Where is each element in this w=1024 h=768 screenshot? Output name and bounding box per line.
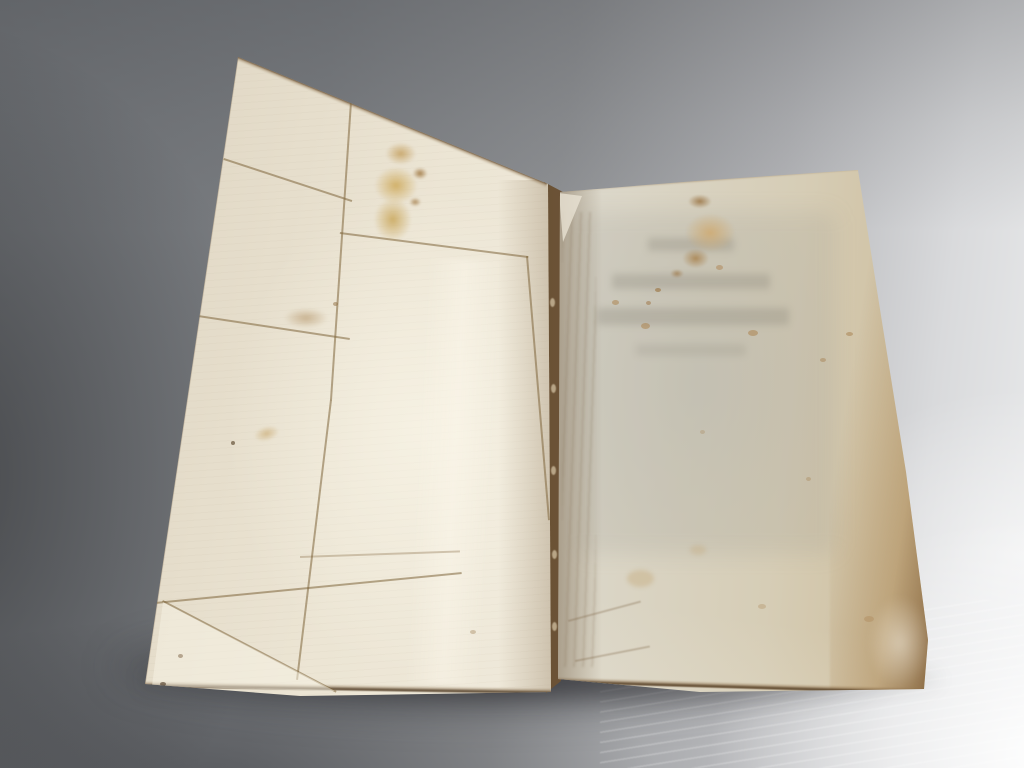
foxing-spot — [846, 332, 853, 336]
stitch — [551, 466, 556, 475]
speck — [231, 441, 235, 445]
foxing-spot — [806, 477, 811, 481]
foxing-spot — [820, 358, 826, 362]
foxing-spot — [627, 570, 654, 587]
photo-canvas — [0, 0, 1024, 768]
stain-cluster — [652, 190, 756, 285]
page-gutter-smudges — [562, 212, 596, 667]
foxing-spot — [690, 545, 706, 555]
seam-stain — [284, 308, 328, 328]
foxing-spot — [748, 330, 758, 336]
foxing-spot — [700, 430, 705, 434]
speck — [178, 654, 183, 658]
foxing-spot — [716, 265, 723, 270]
stain-cluster — [364, 136, 444, 246]
stitch — [551, 384, 556, 393]
speck — [655, 288, 661, 292]
ghost-text-line — [597, 308, 789, 325]
ghost-text-line — [636, 344, 746, 356]
speck — [333, 302, 338, 306]
stitch — [552, 622, 557, 631]
stitch — [550, 298, 555, 307]
foxing-spot — [758, 604, 766, 609]
speck — [470, 630, 476, 634]
foxing-spot — [641, 323, 650, 329]
foxing-spot — [612, 300, 619, 305]
speck — [646, 301, 651, 305]
page-corner-curl-highlight — [868, 596, 932, 690]
stitch — [552, 550, 557, 559]
